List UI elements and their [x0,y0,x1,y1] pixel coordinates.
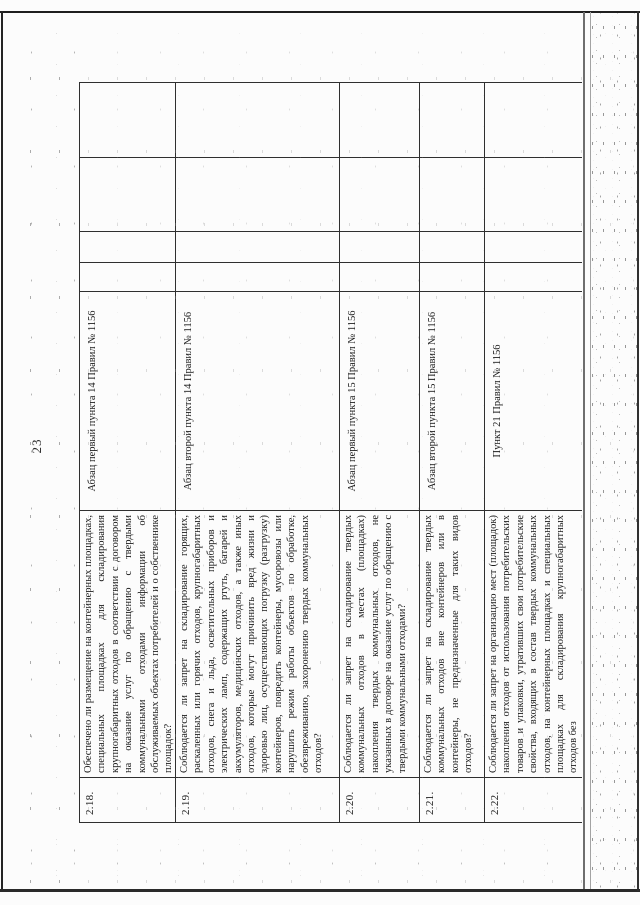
empty-cell-4 [176,83,339,158]
table-row: 2.19. Соблюдается ли запрет на складиров… [175,83,339,822]
row-number-cell: 2.19. [176,778,339,822]
empty-cell-2 [420,232,484,263]
page-border-bottom [0,889,640,892]
scan-edge-line-faint [590,12,591,889]
empty-cell-1 [485,263,582,292]
inspection-table: 2.18. Обеспечено ли размещение на контей… [79,82,582,823]
empty-cell-3 [176,158,339,232]
empty-cell-3 [80,158,175,232]
scan-edge-line [583,12,585,889]
row-number-cell: 2.21. [420,778,484,822]
scan-noise-right-margin [585,13,637,889]
reference-cell: Абзац второй пункта 14 Правил № 1156 [176,292,339,511]
question-cell: Обеспечено ли размещение на контейнерных… [80,511,175,778]
page-border-right [637,11,639,891]
empty-cell-4 [340,83,419,158]
question-cell: Соблюдается ли запрет на складирование т… [340,511,419,778]
empty-cell-4 [80,83,175,158]
empty-cell-2 [80,232,175,263]
empty-cell-1 [80,263,175,292]
page-border-top [0,11,640,13]
page-number: 23 [29,431,45,461]
empty-cell-2 [340,232,419,263]
row-number-cell: 2.20. [340,778,419,822]
empty-cell-1 [176,263,339,292]
empty-cell-2 [485,232,582,263]
empty-cell-3 [340,158,419,232]
question-cell: Соблюдается ли запрет на складирование г… [176,511,339,778]
scanned-page: 23 2.18. Обеспечено ли размещение на кон… [0,0,640,905]
question-cell: Соблюдается ли запрет на организацию мес… [485,511,582,778]
row-number-cell: 2.22. [485,778,582,822]
reference-cell: Абзац второй пункта 15 Правил № 1156 [420,292,484,511]
empty-cell-1 [340,263,419,292]
table-row: 2.21. Соблюдается ли запрет на складиров… [419,83,484,822]
table-row: 2.18. Обеспечено ли размещение на контей… [80,83,175,822]
empty-cell-1 [420,263,484,292]
reference-cell: Абзац первый пункта 14 Правил № 1156 [80,292,175,511]
empty-cell-3 [485,158,582,232]
question-cell: Соблюдается ли запрет на складирование т… [420,511,484,778]
empty-cell-4 [485,83,582,158]
scan-noise-bottom-margin [3,824,583,888]
reference-cell: Абзац первый пункта 15 Правил № 1156 [340,292,419,511]
table-row: 2.20. Соблюдается ли запрет на складиров… [339,83,419,822]
empty-cell-4 [420,83,484,158]
table-row: 2.22. Соблюдается ли запрет на организац… [484,83,582,822]
row-number-cell: 2.18. [80,778,175,822]
empty-cell-2 [176,232,339,263]
page-border-left [1,11,3,891]
reference-cell: Пункт 21 Правил № 1156 [485,292,582,511]
empty-cell-3 [420,158,484,232]
